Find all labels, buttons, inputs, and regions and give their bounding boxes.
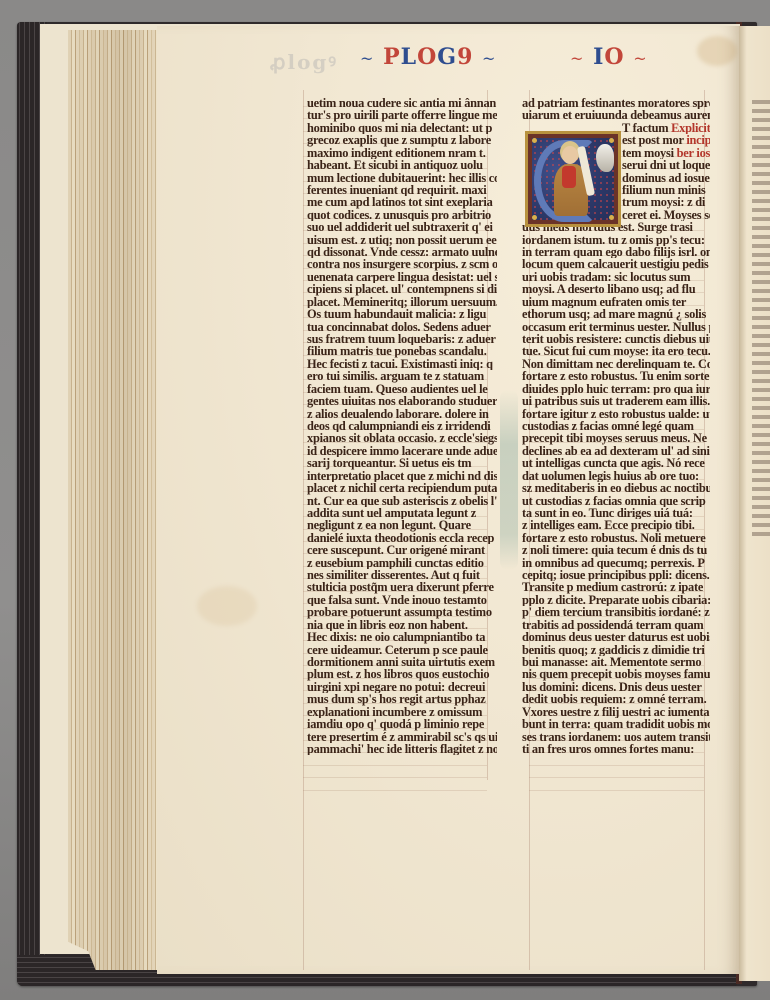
line-text: placet. Memineritq; illorum uersuum. [307, 296, 497, 308]
text-line: mus dum sp's hos regit artus pphaz [307, 693, 497, 705]
line-text: uiarum et eruiuunda debeamus aurem sir. [522, 109, 710, 121]
text-line: cere suscepunt. Cur origené mirant [307, 544, 497, 556]
line-text: maximo indigent editionem nram t. [307, 147, 486, 159]
rubric-text: Explicit pl. [671, 122, 710, 134]
line-text: ses trans iordanem: uos autem transite a… [522, 731, 710, 743]
rubric-text: incipit li [686, 134, 710, 146]
text-line: bunt in terra: quam tradidit uobis moy [522, 718, 710, 730]
line-text: z intelliges eam. Ecce precipio tibi. [522, 519, 695, 531]
text-line: Vxores uestre z filij uestri ac iumenta … [522, 706, 710, 718]
text-line: stulticia postq̃m uera dixerunt pferre [307, 581, 497, 593]
line-text: ta sunt in eo. Tunc diriges uiá tuá: [522, 507, 693, 519]
line-text: bunt in terra: quam tradidit uobis moy [522, 718, 710, 730]
line-text: probare potuerunt assumpta testimo [307, 606, 492, 618]
text-line: uisum est. z utiq; non possit uerum ee [307, 234, 497, 246]
text-line: placet z nichil certa recipiendum puta [307, 482, 497, 494]
text-line: trabitis ad possidendá terram quam [522, 619, 710, 631]
line-text: placet z nichil certa recipiendum puta [307, 482, 497, 494]
line-text: uisum est. z utiq; non possit uerum ee [307, 234, 496, 246]
text-line: deos qd calumpniandi eis z irridendi [307, 420, 497, 432]
text-line: Non dimittam nec derelinquam te. Co [522, 358, 710, 370]
line-text: T factum [622, 122, 668, 134]
text-line: uiarum et eruiuunda debeamus aurem sir. [522, 109, 710, 121]
text-line: plum est. z hos libros quos eustochio [307, 668, 497, 680]
line-text: dominus ad iosue [622, 172, 710, 184]
line-text: Hec dixis: ne oio calumpniantibo ta [307, 631, 485, 643]
line-text: ti an fres uros omnes fortes manu: [522, 743, 694, 755]
text-line: tue. Sicut fui cum moyse: ita ero tecu. [522, 345, 710, 357]
text-line: fortare z esto robustus. Tu enim sorte [522, 370, 710, 382]
line-text: fortare igitur z esto robustus ualde: ut [522, 408, 710, 420]
text-line: id despicere immo lacerare unde aduer [307, 445, 497, 457]
gold-dot [609, 215, 614, 220]
illuminated-initial [525, 131, 621, 227]
line-text: diuides pplo huic terram: pro qua iura [522, 383, 710, 395]
line-text: cere suscepunt. Cur origené mirant [307, 544, 485, 556]
line-text: occasum erit terminus uester. Nullus p [522, 321, 710, 333]
line-text: serui dni ut loqueret' [622, 159, 710, 171]
line-text: lus domini: dicens. Dnis deus uester [522, 681, 702, 693]
text-line: Transite p medium castrorú: z ipate [522, 581, 710, 593]
text-line: in omnibus ad quecumq; perrexis. P [522, 557, 710, 569]
text-line: suo uel addiderit uel subtraxerit q' ei [307, 221, 497, 233]
line-text: uetim noua cudere sic antia mi ânnan [307, 97, 496, 109]
text-line: ses trans iordanem: uos autem transite a… [522, 731, 710, 743]
line-text: tere presertim é z ammirabil sc's qs uir [307, 731, 497, 743]
text-line: interpretatio placet que z michi nd dis [307, 470, 497, 482]
line-text: pammachi' hec ide litteris flagitet z no… [307, 743, 497, 755]
text-line: in terram quam ego dabo filijs isrl. om [522, 246, 710, 258]
text-line: dat uolumen legis huius ab ore tuo: [522, 470, 710, 482]
line-text: uium magnum eufraten omis ter [522, 296, 686, 308]
gold-dot [532, 215, 537, 220]
line-text: Transite p medium castrorú: z ipate [522, 581, 703, 593]
line-text: fortare z esto robustus. Noli metuere [522, 532, 705, 544]
text-line: Hec fecisti z tacui. Existimasti iniq: q [307, 358, 497, 370]
line-text: z alios deualendo laborare. dolere in [307, 408, 489, 420]
line-text: Hec fecisti z tacui. Existimasti iniq: q [307, 358, 493, 370]
line-text: suo uel addiderit uel subtraxerit q' ei [307, 221, 493, 233]
text-line: nes similiter disserentes. Aut q fuit [307, 569, 497, 581]
line-text: mus dum sp's hos regit artus pphaz [307, 693, 486, 705]
gold-dot [609, 138, 614, 143]
text-line: ui patribus suis ut traderem eam illis. … [522, 395, 710, 407]
line-text: dominus deus uester daturus est uobis. R… [522, 631, 710, 643]
text-line: tua concinnabat dolos. Sedens aduer [307, 321, 497, 333]
text-line: filium matris tue ponebas scandalu. [307, 345, 497, 357]
header-letter: 9 [457, 44, 473, 70]
text-line: pammachi' hec ide litteris flagitet z no… [307, 743, 497, 755]
line-text: sz meditaberis in eo diebus ac noctibus [522, 482, 710, 494]
line-text: mum lectione dubitauerint: hec illis co [307, 172, 497, 184]
line-text: me cum apd latinos tot sint exeplaria [307, 196, 493, 208]
line-text: ethorum usq; ad mare magnú ¿ solis [522, 308, 706, 320]
line-text: faciem tuam. Queso audientes uel le [307, 383, 488, 395]
text-line: qd dissonat. Vnde cessz: armato uulneris [307, 246, 497, 258]
text-line: terit uobis resistere: cunctis diebus ui… [522, 333, 710, 345]
initial-diaper-ground [532, 138, 614, 220]
text-line: ti an fres uros omnes fortes manu: [522, 743, 710, 755]
line-text: cepitq; iosue principibus ppli: dicens. [522, 569, 710, 581]
line-text: fortare z esto robustus. Tu enim sorte [522, 370, 709, 382]
text-line: dormitionem anni suita uirtutis exem [307, 656, 497, 668]
line-text: locum quem calcauerit uestigiu pedis [522, 258, 709, 270]
line-text: grecoz exaplis que z sumptu z labore [307, 134, 491, 146]
text-line: z alios deualendo laborare. dolere in [307, 408, 497, 420]
line-text: ui patribus suis ut traderem eam illis. … [522, 395, 710, 407]
text-line: pplo z dicite. Preparate uobis cibaria: … [522, 594, 710, 606]
page-edges-shade [68, 30, 160, 970]
running-header-left: ~ PLOG9 ~ [360, 44, 496, 70]
line-text: benitis quoq; z gaddicis z dimidie tri [522, 644, 705, 656]
line-text: contra nos insurgere scorpius. z scm op [307, 258, 497, 270]
text-line: p' diem tercium transibitis iordané: z i [522, 606, 710, 618]
text-line: faciem tuam. Queso audientes uel le [307, 383, 497, 395]
line-text: sarij torqueantur. Si uetus eis tm [307, 457, 471, 469]
text-column-left: uetim noua cudere sic antia mi ânnantur'… [307, 97, 497, 755]
text-line: ut intelligas cuncta que agis. Nó rece [522, 457, 710, 469]
line-text: gentes uiuitas nos elaborando studuere [307, 395, 497, 407]
text-line: grecoz exaplis que z sumptu z labore [307, 134, 497, 146]
line-text: cere uideamur. Ceterum p sce paule [307, 644, 488, 656]
line-text: id despicere immo lacerare unde aduer [307, 445, 497, 457]
line-text: addita sunt uel amputata legunt z [307, 507, 476, 519]
facing-page-text [752, 100, 770, 540]
line-text: declines ab ea ad dexteram ul' ad sinist… [522, 445, 710, 457]
text-line: tur's pro uirili parte offerre lingue me… [307, 109, 497, 121]
line-text: tur's pro uirili parte offerre lingue me… [307, 109, 497, 121]
line-text: p' diem tercium transibitis iordané: z i [522, 606, 710, 618]
line-text: sus fratrem tuum loquebaris: z aduer [307, 333, 496, 345]
show-through-header: ꝓlogꝰ [270, 48, 338, 75]
text-line: z intelliges eam. Ecce precipio tibi. [522, 519, 710, 531]
text-line: nis quem precepit uobis moyses famu [522, 668, 710, 680]
line-text: ceret ei. Moyses ser [622, 209, 710, 221]
line-text: nes similiter disserentes. Aut q fuit [307, 569, 480, 581]
line-text: que falsa sunt. Vnde inouo testamto [307, 594, 487, 606]
ruling-line [529, 777, 704, 778]
line-text: qd dissonat. Vnde cessz: armato uulneris [307, 246, 497, 258]
text-line: explanationi incumbere z omissum [307, 706, 497, 718]
text-line: xpianos sit oblata occasio. z eccle'sieg… [307, 432, 497, 444]
flourish: ~ [482, 49, 496, 68]
text-line: custodias z facias omné legé quam [522, 420, 710, 432]
line-text: Non dimittam nec derelinquam te. Co [522, 358, 710, 370]
line-text: danielé iuxta theodotionis eccla recep [307, 532, 494, 544]
text-line: ethorum usq; ad mare magnú ¿ solis [522, 308, 710, 320]
line-text: filium matris tue ponebas scandalu. [307, 345, 487, 357]
text-line: uenenata carpere lingua desistat: uel su… [307, 271, 497, 283]
text-line: uirgini xpi negare no potui: decreui [307, 681, 497, 693]
text-line: uetim noua cudere sic antia mi ânnan [307, 97, 497, 109]
text-line: fortare igitur z esto robustus ualde: ut [522, 408, 710, 420]
text-line: ta sunt in eo. Tunc diriges uiá tuá: [522, 507, 710, 519]
text-line: contra nos insurgere scorpius. z scm op [307, 258, 497, 270]
header-letter: I [593, 44, 604, 70]
line-text: dat uolumen legis huius ab ore tuo: [522, 470, 699, 482]
text-line: z eusebium pamphili cunctas editio [307, 557, 497, 569]
ruling-line [529, 790, 704, 791]
text-line: negligunt z ea non legunt. Quare [307, 519, 497, 531]
header-letter: O [604, 44, 624, 70]
flourish: ~ [360, 49, 374, 68]
line-text: deos qd calumpniandi eis z irridendi [307, 420, 490, 432]
line-text: ferentes inueniant qd requirit. maxi [307, 184, 487, 196]
line-text: uirgini xpi negare no potui: decreui [307, 681, 485, 693]
line-text: uenenata carpere lingua desistat: uel su… [307, 271, 497, 283]
text-line: occasum erit terminus uester. Nullus p [522, 321, 710, 333]
line-text: xpianos sit oblata occasio. z eccle'sieg… [307, 432, 497, 444]
text-line: cepitq; iosue principibus ppli: dicens. [522, 569, 710, 581]
line-text: in terram quam ego dabo filijs isrl. om [522, 246, 710, 258]
line-text: bui manasse: ait. Mementote sermo [522, 656, 701, 668]
line-text: tue. Sicut fui cum moyse: ita ero tecu. [522, 345, 710, 357]
line-text: iordanem istum. tu z omis pp's tecu: [522, 234, 705, 246]
line-text: dormitionem anni suita uirtutis exem [307, 656, 495, 668]
text-line: cere uideamur. Ceterum p sce paule [307, 644, 497, 656]
text-line: ferentes inueniant qd requirit. maxi [307, 184, 497, 196]
text-line: habeant. Et sicubi in antiquoz uolu [307, 159, 497, 171]
line-text: tem moysi [622, 147, 674, 159]
figure-red-robe [562, 166, 576, 188]
line-text: uri uobis tradam: sic locutus sum [522, 271, 690, 283]
line-text: negligunt z ea non legunt. Quare [307, 519, 471, 531]
flourish: ~ [633, 49, 647, 68]
text-line: locum quem calcauerit uestigiu pedis [522, 258, 710, 270]
text-line: dominus deus uester daturus est uobis. R… [522, 631, 710, 643]
text-line: gentes uiuitas nos elaborando studuere [307, 395, 497, 407]
text-line: ero tui similis. arguam te z statuam [307, 370, 497, 382]
line-text: nis quem precepit uobis moyses famu [522, 668, 710, 680]
text-line: iamdiu opo q' quodá p liminio repe [307, 718, 497, 730]
text-line: addita sunt uel amputata legunt z [307, 507, 497, 519]
line-text: custodias z facias omné legé quam [522, 420, 694, 432]
header-letter: O [417, 44, 437, 70]
flourish: ~ [570, 49, 584, 68]
text-line: moysi. A deserto libano usq; ad flu [522, 283, 710, 295]
text-line: hominibo quos mi nia delectant: ut p [307, 122, 497, 134]
line-text: z eusebium pamphili cunctas editio [307, 557, 484, 569]
line-text: ad patriam festinantes moratores spre [522, 97, 710, 109]
line-text: explanationi incumbere z omissum [307, 706, 482, 718]
line-text: tua concinnabat dolos. Sedens aduer [307, 321, 491, 333]
text-line: nt. Cur ea que sub asteriscis z obelis l… [307, 495, 497, 507]
text-line: diuides pplo huic terram: pro qua iura [522, 383, 710, 395]
text-line: ut custodias z facias omnia que scrip [522, 495, 710, 507]
text-line: Hec dixis: ne oio calumpniantibo ta [307, 631, 497, 643]
text-line: dedit uobis requiem: z omné terram. [522, 693, 710, 705]
ruling-line [303, 765, 487, 766]
blue-stain [500, 390, 518, 570]
line-text: in omnibus ad quecumq; perrexis. P [522, 557, 705, 569]
text-line: mum lectione dubitauerint: hec illis co [307, 172, 497, 184]
text-line: nia que in libris eoz non habent. [307, 619, 497, 631]
text-line: sus fratrem tuum loquebaris: z aduer [307, 333, 497, 345]
line-text: precepit tibi moyses seruus meus. Ne [522, 432, 707, 444]
ruling-line [303, 777, 487, 778]
ruling-line [303, 790, 487, 791]
line-text: hominibo quos mi nia delectant: ut p [307, 122, 492, 134]
line-text: filium nun minis [622, 184, 705, 196]
stain [197, 586, 257, 626]
header-letter: L [401, 44, 417, 70]
line-text: plum est. z hos libros quos eustochio [307, 668, 489, 680]
line-text: Os tuum habundauit malicia: z ligu [307, 308, 486, 320]
line-text: stulticia postq̃m uera dixerunt pferre [307, 581, 494, 593]
line-text: nt. Cur ea que sub asteriscis z obelis l… [307, 495, 497, 507]
line-text: z noli timere: quia tecum é dnis ds tu [522, 544, 707, 556]
text-line: uium magnum eufraten omis ter [522, 296, 710, 308]
line-text: dedit uobis requiem: z omné terram. [522, 693, 706, 705]
gold-dot [532, 138, 537, 143]
line-text: iamdiu opo q' quodá p liminio repe [307, 718, 484, 730]
line-text: interpretatio placet que z michi nd dis [307, 470, 497, 482]
text-line: probare potuerunt assumpta testimo [307, 606, 497, 618]
line-text: moysi. A deserto libano usq; ad flu [522, 283, 695, 295]
text-line: fortare z esto robustus. Noli metuere [522, 532, 710, 544]
text-line: benitis quoq; z gaddicis z dimidie tri [522, 644, 710, 656]
line-text: pplo z dicite. Preparate uobis cibaria: … [522, 594, 710, 606]
text-line: tere presertim é z ammirabil sc's qs uir [307, 731, 497, 743]
line-text: trum moysi: z di [622, 196, 705, 208]
line-text: habeant. Et sicubi in antiquoz uolu [307, 159, 483, 171]
header-letter: P [383, 44, 401, 70]
line-text: ero tui similis. arguam te z statuam [307, 370, 484, 382]
text-line: precepit tibi moyses seruus meus. Ne [522, 432, 710, 444]
angel-figure [596, 144, 614, 172]
text-line: que falsa sunt. Vnde inouo testamto [307, 594, 497, 606]
text-line: sarij torqueantur. Si uetus eis tm [307, 457, 497, 469]
text-line: lus domini: dicens. Dnis deus uester [522, 681, 710, 693]
line-text: quot codices. z unusquis pro arbitrio [307, 209, 491, 221]
text-line: declines ab ea ad dexteram ul' ad sinist… [522, 445, 710, 457]
text-line: cipiens si placet. ul' contempnens si di… [307, 283, 497, 295]
header-letter: G [437, 44, 457, 70]
text-line: uri uobis tradam: sic locutus sum [522, 271, 710, 283]
running-header-right: ~ IO ~ [570, 44, 648, 70]
text-line: z noli timere: quia tecum é dnis ds tu [522, 544, 710, 556]
ruling-line [303, 90, 304, 970]
text-line: danielé iuxta theodotionis eccla recep [307, 532, 497, 544]
line-text: est post mor [622, 134, 683, 146]
line-text: nia que in libris eoz non habent. [307, 619, 468, 631]
rubric-text: ber iosue. [677, 147, 710, 159]
text-line: iordanem istum. tu z omis pp's tecu: [522, 234, 710, 246]
line-text: cipiens si placet. ul' contempnens si di… [307, 283, 497, 295]
line-text: ut intelligas cuncta que agis. Nó rece [522, 457, 705, 469]
text-line: me cum apd latinos tot sint exeplaria [307, 196, 497, 208]
text-line: sz meditaberis in eo diebus ac noctibus [522, 482, 710, 494]
text-line: placet. Memineritq; illorum uersuum. [307, 296, 497, 308]
line-text: Vxores uestre z filij uestri ac iumenta … [522, 706, 710, 718]
line-text: terit uobis resistere: cunctis diebus ui… [522, 333, 710, 345]
text-line: ad patriam festinantes moratores spre [522, 97, 710, 109]
line-text: ut custodias z facias omnia que scrip [522, 495, 706, 507]
text-line: bui manasse: ait. Mementote sermo [522, 656, 710, 668]
ruling-line [529, 765, 704, 766]
text-line: maximo indigent editionem nram t. [307, 147, 497, 159]
text-line: Os tuum habundauit malicia: z ligu [307, 308, 497, 320]
figure-head [562, 146, 578, 164]
stain [697, 36, 737, 66]
line-text: trabitis ad possidendá terram quam [522, 619, 704, 631]
text-line: quot codices. z unusquis pro arbitrio [307, 209, 497, 221]
